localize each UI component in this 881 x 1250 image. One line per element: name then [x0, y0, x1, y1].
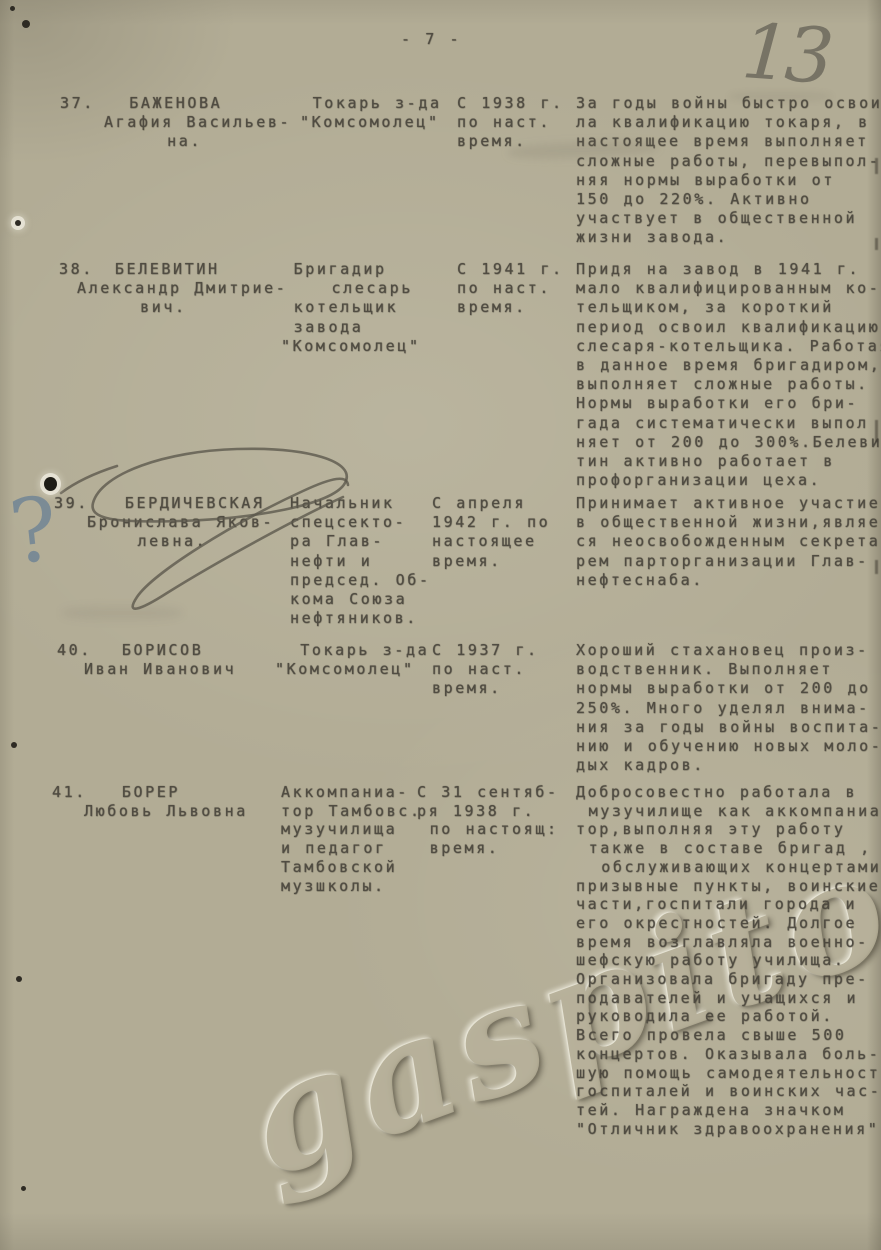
entry-number: 37. [60, 94, 95, 113]
pencil-scribble [55, 435, 375, 625]
entry-description: Хороший стахановец произ- водственник. В… [576, 641, 881, 775]
paper-speck [10, 6, 15, 11]
scan-edge-mark [875, 560, 878, 574]
entry-description: Добросовестно работала в музучилище как … [576, 783, 881, 1138]
entry-name: БЕЛЕВИТИН Александр Дмитрие- вич. [77, 260, 302, 318]
entry-name: БОРЕР Любовь Львовна [84, 783, 309, 820]
entry-position: Токарь з-да "Комсомолец" [275, 641, 435, 679]
pencil-smudge [62, 606, 182, 620]
entry-name: БАЖЕНОВА Агафия Васильев- на. [104, 94, 329, 152]
page-number: - 7 - [401, 30, 461, 49]
scan-edge-mark [875, 158, 878, 174]
scan-edge-mark [875, 238, 878, 250]
paper-speck [15, 220, 21, 226]
paper-speck [21, 1186, 26, 1191]
entry-date: С апреля 1942 г. по настоящее время. [432, 494, 592, 571]
pencil-scribble-loop-lower [133, 479, 348, 609]
document-scan-page: gaspito.ru - 7 - 13 ? 37. БАЖЕНОВА Агафи… [0, 0, 881, 1250]
paper-speck [11, 742, 17, 748]
entry-description: Придя на завод в 1941 г. мало квалифицир… [576, 260, 881, 490]
pencil-scribble-loop-upper [93, 449, 347, 522]
entry-position: Токарь з-да "Комсомолец" [300, 94, 460, 132]
entry-position: Бригадир слесарь котельщик завода "Комсо… [281, 260, 441, 356]
paper-hole [44, 477, 57, 491]
entry-number: 41. [52, 783, 87, 802]
entry-description: Принимает активное участие в общественно… [576, 494, 881, 590]
pencil-scribble-tail [61, 466, 117, 493]
entry-date: С 1937 г. по наст. время. [432, 641, 592, 699]
pencil-smudge [728, 92, 833, 101]
entry-date: С 31 сентяб- ря 1938 г. по настоящ: врем… [417, 783, 577, 858]
scan-edge-mark [875, 420, 878, 442]
handwritten-folio-number: 13 [739, 11, 831, 97]
paper-speck [16, 976, 22, 982]
entry-description: За годы войны быстро освои ла квалификац… [576, 94, 881, 248]
paper-speck [22, 20, 30, 28]
